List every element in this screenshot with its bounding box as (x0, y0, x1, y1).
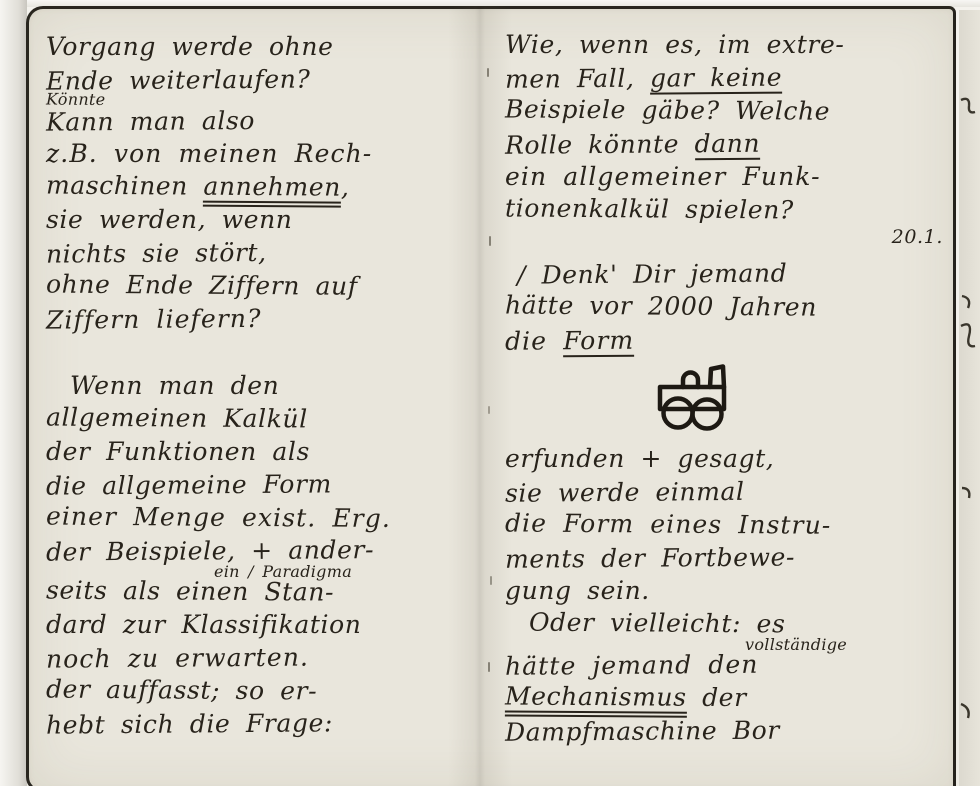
handwritten-line: Beispiele gäbe? Welche (505, 92, 951, 128)
right-page: Wie, wenn es, im extre-men Fall, gar kei… (505, 28, 951, 747)
handwritten-line: ohne Ende Ziffern auf (46, 268, 458, 304)
handwritten-line: nichts sie stört, (46, 234, 458, 270)
handwritten-line: ments der Fortbewe- (505, 539, 951, 576)
handwritten-line: Wenn man den (46, 369, 458, 402)
left-page: Vorgang werde ohneEnde weiterlaufen?Könn… (46, 30, 458, 740)
handwritten-line: Dampfmaschine Bor (505, 712, 951, 749)
handwritten-line: der auffasst; so er- (46, 673, 458, 709)
scan-margin-left (0, 0, 27, 786)
handwritten-line: z.B. von meinen Rech- (46, 137, 458, 170)
handwritten-line: ein allgemeiner Funk- (505, 160, 951, 193)
engine-chimney (710, 367, 724, 388)
handwritten-line: seits als einen Stan- (46, 574, 458, 610)
handwritten-line: der Beispiele, + ander- (46, 532, 458, 568)
bleed-ink-mark (959, 292, 979, 352)
handwritten-line: noch zu erwarten. (46, 639, 458, 675)
steam-engine-sketch (649, 364, 951, 434)
handwritten-line: die Form eines Instru- (505, 506, 951, 542)
handwritten-line: erfunden + gesagt, (505, 442, 951, 475)
handwritten-line: hebt sich die Frage: (46, 705, 458, 741)
bleed-ink-mark (959, 480, 979, 520)
handwritten-line: Vorgang werde ohne (46, 30, 458, 63)
handwritten-line: hätte jemand den (505, 646, 951, 683)
handwritten-line: Rolle könnte dann (505, 125, 951, 162)
handwritten-line: sie werden, wenn (46, 203, 458, 236)
handwritten-line: maschinen annehmen, (46, 169, 458, 205)
handwritten-line: sie werde einmal (505, 473, 951, 510)
handwritten-line: tionenkalkül spielen? (505, 191, 951, 227)
handwritten-line: Ziffern liefern? (46, 300, 458, 336)
next-page-edge (959, 10, 980, 786)
handwritten-line: einer Menge exist. Erg. (46, 500, 458, 536)
bleed-ink-mark (959, 94, 979, 134)
engine-wheel-left (664, 399, 693, 428)
handwritten-line: gung sein. (505, 574, 951, 607)
fold-stitch-mark (488, 406, 490, 414)
handwritten-line: der Funktionen als (46, 435, 458, 468)
fold-stitch-mark (487, 68, 489, 77)
handwritten-line: die allgemeine Form (46, 466, 458, 502)
handwritten-line: Mechanismus der (505, 679, 951, 715)
fold-stitch-mark (490, 576, 492, 585)
handwritten-line: dard zur Klassifikation (46, 608, 458, 641)
handwritten-line: Oder vielleicht: es (505, 605, 951, 641)
handwritten-line: allgemeinen Kalkül (46, 401, 458, 437)
handwritten-line: / Denk' Dir jemand (505, 255, 951, 292)
handwritten-line: men Fall, gar keine (505, 59, 951, 96)
handwritten-line: Wie, wenn es, im extre- (505, 28, 951, 61)
handwritten-line: hätte vor 2000 Jahren (505, 288, 951, 324)
handwritten-line: 20.1. (505, 224, 951, 251)
handwritten-line: Kann man also (46, 102, 458, 138)
notebook-scan: Vorgang werde ohneEnde weiterlaufen?Könn… (0, 0, 980, 786)
handwritten-line: die Form (505, 321, 951, 358)
fold-stitch-mark (489, 236, 491, 246)
engine-wheel-right (693, 400, 722, 429)
fold-stitch-mark (488, 662, 490, 672)
bleed-ink-mark (959, 698, 979, 738)
